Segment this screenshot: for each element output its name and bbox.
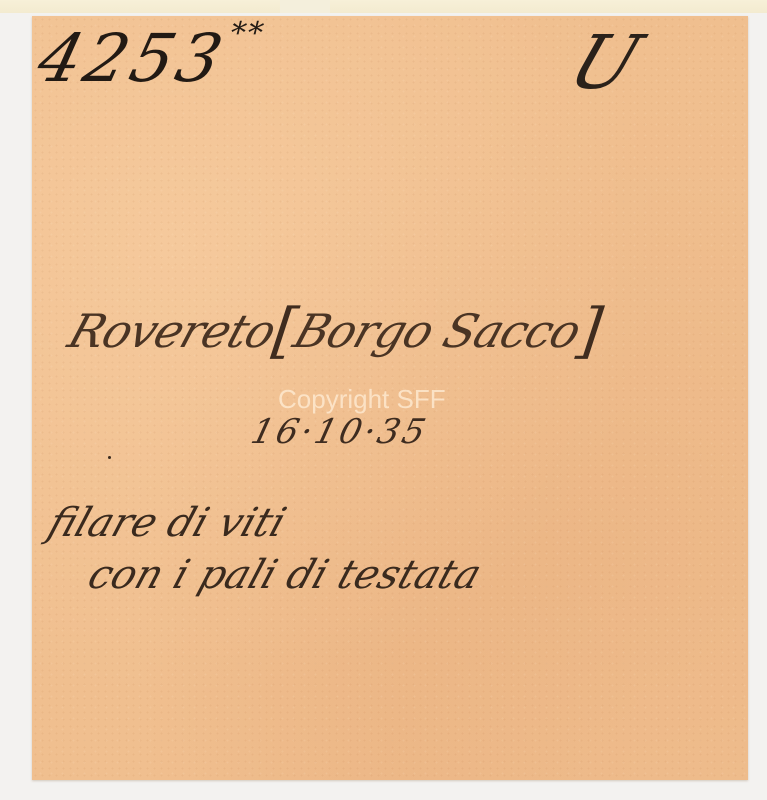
place-line: Rovereto[Borgo Sacco] bbox=[61, 292, 614, 362]
top-paper-strip bbox=[0, 0, 767, 13]
date: 16·10·35 bbox=[247, 412, 432, 452]
location-name: Rovereto bbox=[62, 304, 282, 358]
inventory-number-value: 4253 bbox=[30, 20, 233, 97]
top-paper-strip-gap bbox=[280, 0, 330, 13]
ink-dot bbox=[108, 456, 111, 459]
scan-background: 4253** U Rovereto[Borgo Sacco] Copyright… bbox=[0, 0, 767, 800]
copyright-watermark: Copyright SFF bbox=[278, 384, 446, 415]
description-line-1: filare di viti bbox=[43, 500, 292, 546]
location-detail: Borgo Sacco bbox=[287, 304, 587, 358]
inventory-number: 4253** bbox=[30, 20, 267, 97]
description-line-2: con i pali di testata bbox=[83, 552, 487, 598]
